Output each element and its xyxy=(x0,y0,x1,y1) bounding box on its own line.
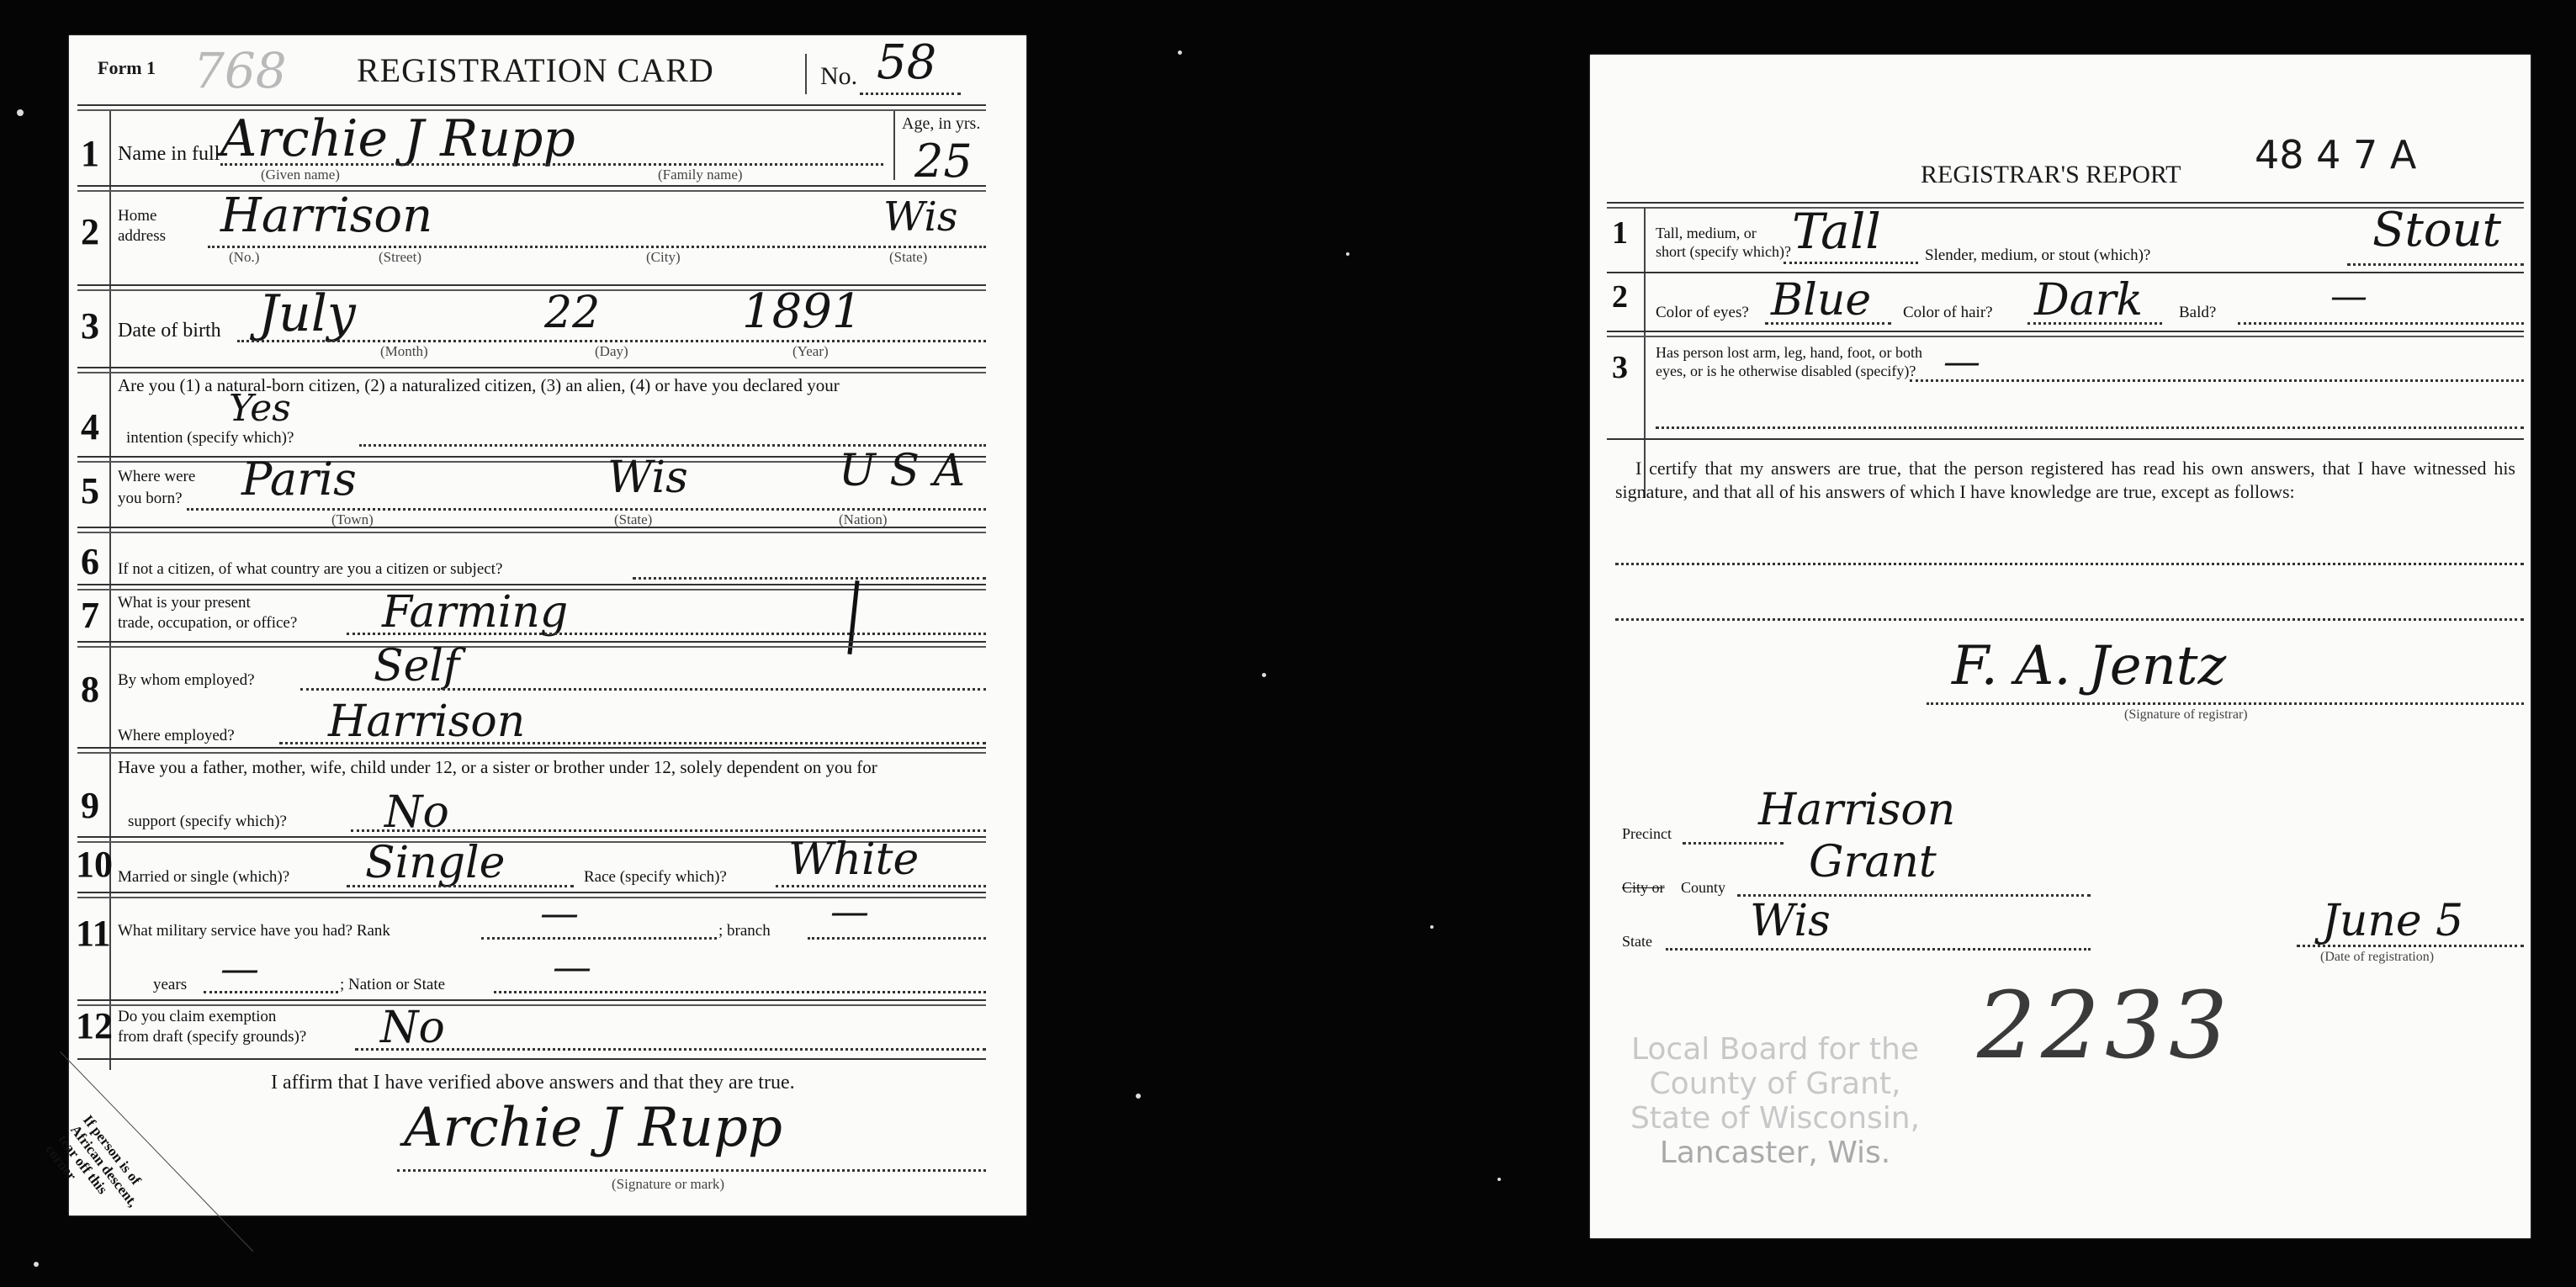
row-number: 11 xyxy=(76,912,111,955)
home-label: Home xyxy=(118,207,156,225)
scan-speck xyxy=(1136,1094,1141,1099)
hair-color-label: Color of hair? xyxy=(1903,304,1993,322)
age-column-line xyxy=(893,111,895,180)
dotted-line xyxy=(351,829,986,832)
height-label-top: Tall, medium, or xyxy=(1656,225,1757,242)
build-label: Slender, medium, or stout (which)? xyxy=(1925,246,2150,265)
double-rule xyxy=(1607,331,2524,337)
dob-day-value: 22 xyxy=(544,288,600,338)
dotted-line xyxy=(2347,263,2524,266)
registrar-report-card: REGISTRAR'S REPORT 48 4 7 A 1 Tall, medi… xyxy=(1590,55,2531,1238)
citizenship-value: Yes xyxy=(229,387,291,430)
home-state-value: Wis xyxy=(883,193,957,241)
dob-year-value: 1891 xyxy=(742,284,862,339)
county-value: Grant xyxy=(1809,837,1937,887)
registrar-signature: F. A. Jentz xyxy=(1952,635,2226,697)
eye-color-label: Color of eyes? xyxy=(1656,304,1749,322)
board-stamp: Local Board for the County of Grant, Sta… xyxy=(1598,1032,1952,1170)
caption-year: (Year) xyxy=(792,343,829,360)
home-city-value: Harrison xyxy=(220,188,432,243)
disability-label-top: Has person lost arm, leg, hand, foot, or… xyxy=(1656,344,1922,362)
dependents-question: Have you a father, mother, wife, child u… xyxy=(118,757,877,778)
occupation-value: Farming xyxy=(382,587,568,638)
birthplace-label-top: Where were xyxy=(118,468,195,486)
citizenship-question-end: intention (specify which)? xyxy=(126,429,294,448)
pencil-serial: 768 xyxy=(193,42,287,99)
marital-value: Single xyxy=(365,838,505,888)
bald-value: — xyxy=(2330,275,2367,318)
age-label: Age, in yrs. xyxy=(902,114,980,134)
card-title: REGISTRATION CARD xyxy=(357,50,714,90)
caption-given-name: (Given name) xyxy=(261,167,340,183)
name-value: Archie J Rupp xyxy=(220,109,575,168)
military-nation-value: — xyxy=(553,944,591,989)
birth-town-value: Paris xyxy=(241,453,357,506)
dependents-label: support (specify which)? xyxy=(128,813,287,831)
dotted-line xyxy=(776,885,986,887)
years-label: years xyxy=(153,976,187,994)
age-value: 25 xyxy=(914,135,973,188)
dotted-line xyxy=(2297,945,2524,947)
dob-label: Date of birth xyxy=(118,320,221,342)
row-number: 12 xyxy=(76,1004,113,1047)
citizenship-question: Are you (1) a natural-born citizen, (2) … xyxy=(118,375,840,396)
dotted-line xyxy=(279,742,986,744)
row-number: 9 xyxy=(81,784,99,827)
caption-state: (State) xyxy=(889,249,927,266)
signature-caption: (Signature or mark) xyxy=(612,1176,724,1193)
registration-date-caption: (Date of registration) xyxy=(2320,950,2434,965)
employer-value: Self xyxy=(374,641,459,691)
dotted-line xyxy=(208,246,986,248)
report-serial: 48 4 7 A xyxy=(2255,132,2416,177)
disability-value: — xyxy=(1943,341,1980,384)
scan-speck xyxy=(1497,1178,1501,1181)
dotted-line xyxy=(808,937,986,940)
branch-label: ; branch xyxy=(718,922,771,940)
row-number: 2 xyxy=(81,210,99,253)
caption-town: (Town) xyxy=(331,511,374,528)
precinct-value: Harrison xyxy=(1758,785,1955,835)
row-number: 1 xyxy=(1612,214,1628,252)
dotted-line xyxy=(860,93,961,95)
exception-line xyxy=(1615,618,2524,621)
row-number: 3 xyxy=(81,305,99,347)
signature-line xyxy=(1927,702,2524,705)
dotted-line xyxy=(494,991,986,993)
where-employed-value: Harrison xyxy=(328,696,525,747)
double-rule xyxy=(77,185,986,192)
dotted-line xyxy=(1784,262,1918,264)
double-rule xyxy=(77,747,986,754)
number-label: No. xyxy=(820,62,857,91)
county-label: County xyxy=(1681,879,1725,897)
dotted-line xyxy=(1683,842,1784,845)
scan-speck xyxy=(17,109,24,116)
occupation-label-top: What is your present xyxy=(118,594,251,612)
registrar-signature-caption: (Signature of registrar) xyxy=(2124,707,2248,723)
race-label: Race (specify which)? xyxy=(584,868,727,887)
scan-speck xyxy=(1262,673,1266,677)
rule xyxy=(77,1058,986,1060)
caption-city: (City) xyxy=(646,249,681,266)
birth-state-value: Wis xyxy=(607,453,688,503)
caption-street: (Street) xyxy=(379,249,421,266)
citizen-of-label: If not a citizen, of what country are yo… xyxy=(118,560,502,579)
registration-date-value: June 5 xyxy=(2322,896,2463,946)
exemption-value: No xyxy=(380,1003,445,1053)
row-number: 5 xyxy=(81,469,99,512)
row-number: 1 xyxy=(81,132,99,175)
affirmation-text: I affirm that I have verified above answ… xyxy=(271,1072,795,1094)
state-label: State xyxy=(1622,933,1652,951)
military-years-value: — xyxy=(220,945,259,991)
double-rule xyxy=(77,641,986,648)
dotted-line xyxy=(347,633,986,635)
caption-day: (Day) xyxy=(595,343,628,360)
dotted-line xyxy=(481,937,717,940)
row-number-column-line xyxy=(1644,208,1646,498)
military-branch-value: — xyxy=(830,888,869,934)
caption-state: (State) xyxy=(614,511,652,528)
birth-nation-value: U S A xyxy=(839,446,965,496)
scan-speck xyxy=(1178,50,1182,55)
caption-no: (No.) xyxy=(229,249,259,266)
occupation-label-bottom: trade, occupation, or office? xyxy=(118,614,297,633)
caption-family-name: (Family name) xyxy=(658,167,743,183)
row-number: 4 xyxy=(81,405,99,448)
dotted-line xyxy=(355,1048,986,1051)
double-rule xyxy=(77,999,986,1006)
dotted-line xyxy=(2027,322,2162,325)
dotted-line xyxy=(1765,322,1891,325)
double-rule xyxy=(77,367,986,373)
exception-line xyxy=(1615,563,2524,565)
rule xyxy=(1607,438,2524,440)
dotted-line xyxy=(300,688,986,691)
employer-label: By whom employed? xyxy=(118,671,255,690)
height-label-bottom: short (specify which)? xyxy=(1656,243,1791,261)
race-value: White xyxy=(788,834,919,885)
certification-text: I certify that my answers are true, that… xyxy=(1615,457,2515,504)
caption-nation: (Nation) xyxy=(839,511,888,528)
military-rank-value: — xyxy=(540,890,579,935)
tear-off-note: If person is of African descent, tear of… xyxy=(42,1112,154,1230)
row-number: 2 xyxy=(1612,278,1628,315)
dotted-line xyxy=(1666,948,2091,951)
dotted-line xyxy=(633,577,986,580)
rule xyxy=(1607,272,2524,273)
height-value: Tall xyxy=(1792,203,1881,260)
bald-label: Bald? xyxy=(2179,304,2216,322)
report-title: REGISTRAR'S REPORT xyxy=(1921,161,2181,189)
row-number: 6 xyxy=(81,540,99,583)
row-number: 7 xyxy=(81,594,99,637)
scan-speck xyxy=(34,1262,39,1267)
dotted-line xyxy=(220,163,883,166)
divider xyxy=(805,54,807,94)
name-label: Name in full xyxy=(118,143,220,166)
double-rule xyxy=(77,527,986,533)
military-label: What military service have you had? Rank xyxy=(118,922,390,940)
registration-card: Form 1 768 REGISTRATION CARD No. 58 1 Na… xyxy=(69,35,1026,1215)
exemption-label-top: Do you claim exemption xyxy=(118,1008,276,1026)
scan-speck xyxy=(1346,252,1349,256)
nation-state-label: ; Nation or State xyxy=(340,976,445,994)
form-label: Form 1 xyxy=(98,57,156,79)
row-number: 3 xyxy=(1612,349,1628,386)
dob-month-value: July xyxy=(258,284,356,343)
big-serial-number: 2233 xyxy=(1977,972,2233,1079)
birthplace-label-bottom: you born? xyxy=(118,490,183,508)
signature-line xyxy=(397,1169,986,1172)
dotted-line xyxy=(2238,322,2524,325)
dotted-line xyxy=(187,508,986,511)
build-value: Stout xyxy=(2372,203,2501,257)
caption-month: (Month) xyxy=(380,343,428,360)
number-value: 58 xyxy=(877,35,936,90)
hair-color-value: Dark xyxy=(2034,275,2143,326)
dotted-line xyxy=(1656,426,2524,429)
exemption-label-bottom: from draft (specify grounds)? xyxy=(118,1028,306,1046)
scan-speck xyxy=(1430,925,1434,929)
disability-label-bottom: eyes, or is he otherwise disabled (speci… xyxy=(1656,363,1916,380)
dotted-line xyxy=(237,340,986,342)
dotted-line xyxy=(1910,379,2524,382)
dotted-line xyxy=(204,991,338,993)
row-number: 8 xyxy=(81,668,99,711)
registrant-signature: Archie J Rupp xyxy=(404,1097,782,1159)
marital-label: Married or single (which)? xyxy=(118,868,289,887)
eye-color-value: Blue xyxy=(1771,275,1871,326)
dotted-line xyxy=(347,885,574,887)
row-number: 10 xyxy=(76,843,113,886)
state-value: Wis xyxy=(1750,896,1831,946)
city-or-label-struck: City or xyxy=(1622,879,1665,897)
where-employed-label: Where employed? xyxy=(118,727,235,745)
precinct-label: Precinct xyxy=(1622,825,1672,843)
address-label: address xyxy=(118,227,166,246)
